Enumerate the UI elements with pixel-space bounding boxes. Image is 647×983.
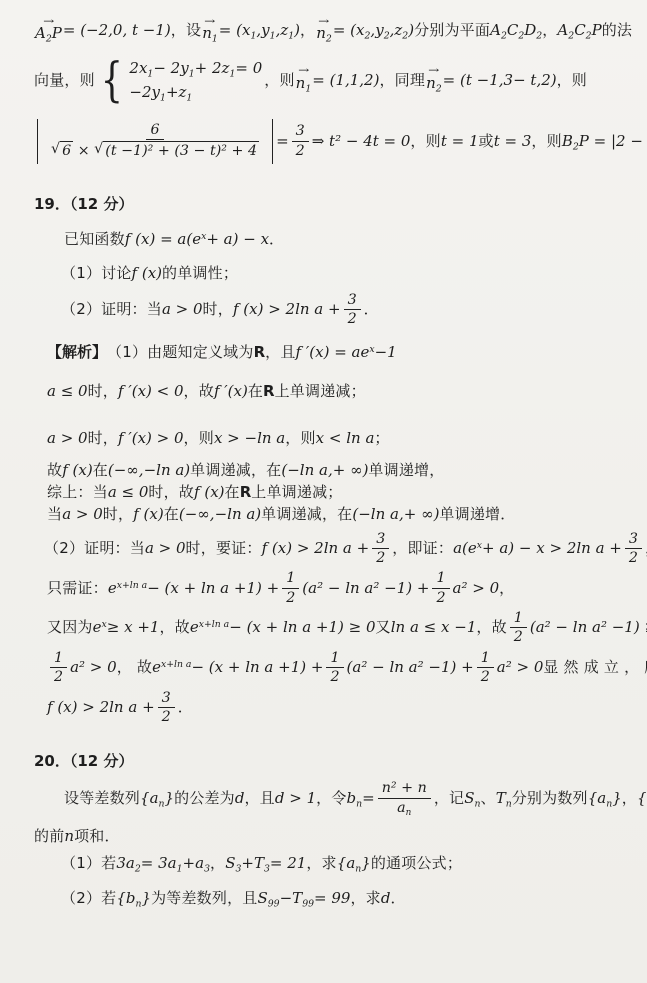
math-line: 的前 n 项和．: [34, 826, 637, 847]
math-line: →A2P = (−2,0, t −1)，设 →n1 = (x1, y1, z1)…: [34, 20, 637, 42]
radical-icon: √: [51, 141, 60, 157]
math-line: 已知函数 f (x) = a(ex + a) − x ．: [64, 229, 637, 250]
math-line: 6√6 × √(t −1)² + (3 − t)² + 4 = 32 ⇒ t² …: [34, 119, 637, 164]
fraction: 32: [625, 531, 642, 567]
vector-arrow-icon: →: [204, 20, 215, 25]
fraction: 12: [477, 650, 494, 686]
vector-arrow-icon: →: [43, 20, 54, 25]
vector-arrow-icon: →: [318, 20, 329, 25]
vector: →n1: [296, 69, 312, 91]
math-line: 设等差数列 {an} 的公差为 d，且 d > 1，令 bn = n² + na…: [64, 780, 637, 816]
fraction: 32: [372, 531, 389, 567]
fraction: 12: [50, 650, 67, 686]
fraction: 12: [432, 570, 449, 606]
fraction: 32: [158, 690, 175, 726]
vector: →n2: [426, 69, 442, 91]
absolute-value: 6√6 × √(t −1)² + (3 − t)² + 4: [37, 119, 273, 164]
fraction: n² + nan: [378, 780, 431, 816]
math-line: a ≤ 0 时，f ′(x) < 0，故 f ′(x) 在 R 上单调递减；: [47, 381, 637, 402]
fraction: 12: [326, 650, 343, 686]
fraction: 12: [282, 570, 299, 606]
math-line: （2）若 {bn} 为等差数列，且 S99 − T99 = 99，求 d．: [61, 888, 637, 909]
math-line: （1）若 3a2 = 3a1 + a3， S3 + T3 = 21，求 {an}…: [61, 853, 637, 874]
fraction: 6√6 × √(t −1)² + (3 − t)² + 4: [47, 122, 263, 161]
radical-icon: √: [94, 141, 103, 157]
vector: →A2P: [35, 20, 62, 42]
question-20: 20．（12 分）设等差数列 {an} 的公差为 d，且 d > 1，令 bn …: [34, 751, 637, 909]
square-root: √(t −1)² + (3 − t)² + 4: [94, 141, 259, 161]
vector: →n1: [202, 20, 218, 42]
math-line: 向量，则 {2x1 − 2y1 + 2z1 = 0−2y1 + z1，则 →n1…: [34, 58, 637, 103]
fraction: 32: [292, 123, 309, 159]
math-line: （2）证明：当 a > 0 时，f (x) > 2ln a + 32．: [61, 292, 637, 328]
math-line: 当 a > 0 时，f (x) 在 (−∞,−ln a) 单调递减，在 (−ln…: [47, 504, 637, 525]
question-19: 19．（12 分）已知函数 f (x) = a(ex + a) − x ．（1）…: [34, 194, 637, 726]
math-line: 只需证：ex+ln a − (x + ln a +1) + 12(a² − ln…: [47, 570, 637, 606]
vector-arrow-icon: →: [298, 69, 309, 74]
math-line: （2）证明：当 a > 0 时，要证：f (x) > 2ln a + 32，即证…: [44, 531, 637, 567]
math-line: 【解析】（1）由题知定义域为 R，且 f ′(x) = aex −1: [47, 342, 637, 363]
math-line: 综上：当 a ≤ 0 时，故 f (x) 在 R 上单调递减；: [47, 482, 637, 503]
fraction: 12: [510, 610, 527, 646]
document-content: →A2P = (−2,0, t −1)，设 →n1 = (x1, y1, z1)…: [34, 20, 637, 909]
square-root: √6: [51, 141, 73, 161]
document-page: →A2P = (−2,0, t −1)，设 →n1 = (x1, y1, z1)…: [0, 0, 647, 983]
math-line: 故 f (x) 在 (−∞,−ln a) 单调递减，在 (−ln a,+ ∞) …: [47, 460, 637, 481]
math-line: （1）讨论 f (x) 的单调性；: [61, 263, 637, 284]
question-18-solution-continued: →A2P = (−2,0, t −1)，设 →n1 = (x1, y1, z1)…: [34, 20, 637, 164]
left-brace-icon: {: [101, 61, 123, 101]
math-line: 19．（12 分）: [34, 194, 637, 215]
math-line: f (x) > 2ln a + 32．: [47, 690, 637, 726]
equation-system: {2x1 − 2y1 + 2z1 = 0−2y1 + z1: [97, 58, 262, 103]
math-line: a > 0 时，f ′(x) > 0，则 x > −ln a，则 x < ln …: [47, 428, 637, 449]
fraction: 32: [344, 292, 361, 328]
math-line: 12a² > 0， 故 ex+ln a − (x + ln a +1) + 12…: [47, 650, 637, 686]
math-line: 20．（12 分）: [34, 751, 637, 772]
vector: →n2: [316, 20, 332, 42]
math-line: 又因为 ex ≥ x +1，故 ex+ln a − (x + ln a +1) …: [47, 610, 637, 646]
vector-arrow-icon: →: [428, 69, 439, 74]
